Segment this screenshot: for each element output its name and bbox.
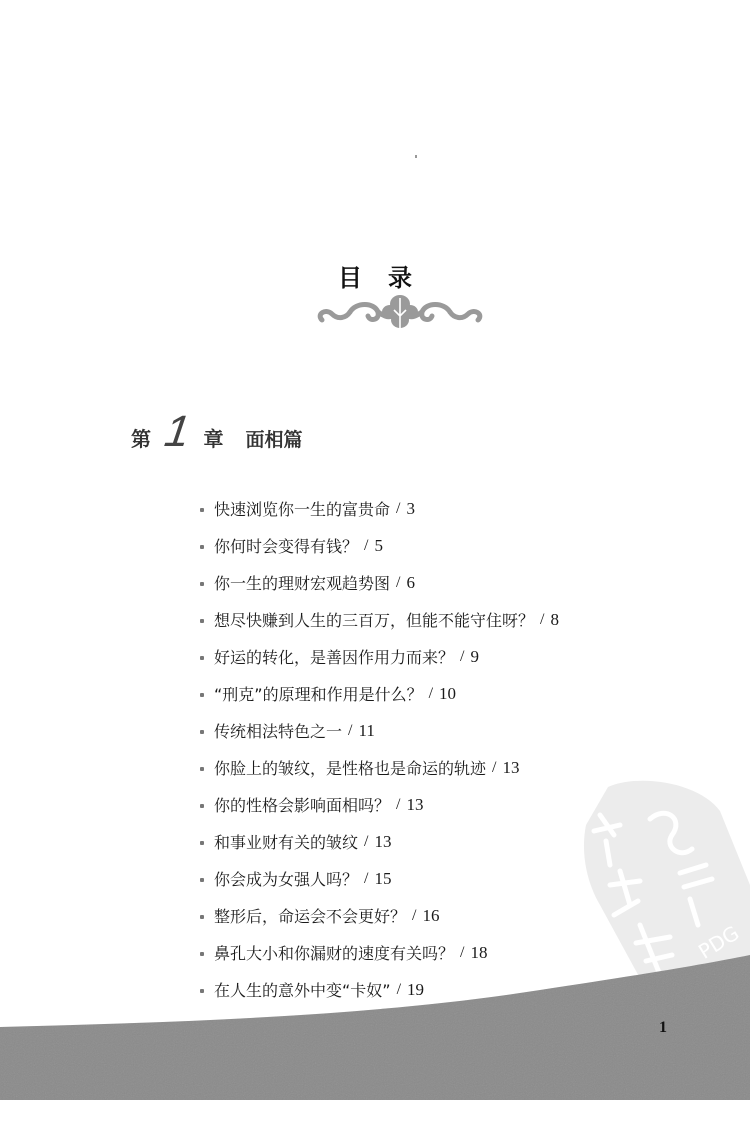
toc-entry[interactable]: 你的性格会影响面相吗？ / 13	[200, 786, 559, 823]
page-number: 1	[659, 1019, 667, 1037]
toc-entry-page: 3	[406, 499, 415, 519]
bullet-icon	[200, 878, 204, 882]
toc-entry[interactable]: 你会成为女强人吗？ / 15	[200, 860, 559, 897]
toc-entry-page: 6	[406, 573, 415, 593]
toc-entry-title: 你脸上的皱纹，是性格也是命运的轨迹	[214, 756, 486, 779]
toc-entry-title: 整形后，命运会不会更好？	[214, 904, 406, 927]
toc-entry[interactable]: 想尽快赚到人生的三百万，但能不能守住呀？ / 8	[200, 601, 559, 638]
toc-entry-title: 和事业财有关的皱纹	[214, 830, 358, 853]
chapter-name: 面相篇	[245, 425, 302, 452]
page-separator: /	[396, 574, 400, 592]
bullet-icon	[200, 693, 204, 697]
toc-entry-title: 你的性格会影响面相吗？	[214, 793, 390, 816]
page-separator: /	[492, 759, 496, 777]
chapter-heading: 第 1 章 面相篇	[131, 408, 303, 452]
toc-entry-title: 快速浏览你一生的富贵命	[214, 497, 390, 520]
toc-entry-title: 你何时会变得有钱？	[214, 534, 358, 557]
bullet-icon	[200, 767, 204, 771]
toc-entry-page: 9	[470, 647, 479, 667]
page-separator: /	[364, 537, 368, 555]
page-separator: /	[460, 648, 464, 666]
gray-footer-band	[0, 940, 750, 1110]
bullet-icon	[200, 545, 204, 549]
bullet-icon	[200, 804, 204, 808]
floral-ornament-icon	[312, 290, 488, 332]
bullet-icon	[200, 841, 204, 845]
toc-entry[interactable]: 好运的转化，是善因作用力而来？ / 9	[200, 638, 559, 675]
toc-entry-title: 传统相法特色之一	[214, 719, 342, 742]
toc-entry-page: 11	[358, 721, 374, 741]
toc-entry-title: “刑克”的原理和作用是什么？	[214, 682, 423, 705]
bullet-icon	[200, 915, 204, 919]
toc-entry-page: 10	[439, 684, 456, 704]
toc-entry[interactable]: 你何时会变得有钱？ / 5	[200, 527, 559, 564]
toc-entry-page: 13	[502, 758, 519, 778]
chapter-prefix: 第	[131, 423, 151, 452]
toc-entry[interactable]: “刑克”的原理和作用是什么？ / 10	[200, 675, 559, 712]
bullet-icon	[200, 730, 204, 734]
bullet-icon	[200, 619, 204, 623]
page-separator: /	[396, 500, 400, 518]
page-separator: /	[540, 611, 544, 629]
toc-entry[interactable]: 你一生的理财宏观趋势图 / 6	[200, 564, 559, 601]
toc-list: 快速浏览你一生的富贵命 / 3 你何时会变得有钱？ / 5 你一生的理财宏观趋势…	[200, 490, 559, 1008]
page-separator: /	[412, 907, 416, 925]
page-separator: /	[364, 833, 368, 851]
page-separator: /	[429, 685, 433, 703]
bullet-icon	[200, 656, 204, 660]
toc-entry-page: 8	[550, 610, 559, 630]
toc-entry-page: 15	[374, 869, 391, 889]
bullet-icon	[200, 582, 204, 586]
toc-entry-page: 16	[422, 906, 439, 926]
book-page: 目录 第 1 章 面相篇 PDG	[0, 0, 750, 1137]
scan-speck	[415, 155, 417, 158]
toc-entry[interactable]: 整形后，命运会不会更好？ / 16	[200, 897, 559, 934]
toc-entry-page: 13	[374, 832, 391, 852]
toc-entry-title: 你一生的理财宏观趋势图	[214, 571, 390, 594]
toc-entry-page: 13	[406, 795, 423, 815]
toc-entry[interactable]: 快速浏览你一生的富贵命 / 3	[200, 490, 559, 527]
toc-entry[interactable]: 传统相法特色之一 / 11	[200, 712, 559, 749]
chapter-number: 1	[162, 412, 192, 452]
toc-entry-page: 5	[374, 536, 383, 556]
toc-entry-title: 好运的转化，是善因作用力而来？	[214, 645, 454, 668]
bullet-icon	[200, 508, 204, 512]
toc-entry-title: 你会成为女强人吗？	[214, 867, 358, 890]
page-separator: /	[364, 870, 368, 888]
page-separator: /	[396, 796, 400, 814]
toc-entry[interactable]: 和事业财有关的皱纹 / 13	[200, 823, 559, 860]
toc-entry[interactable]: 你脸上的皱纹，是性格也是命运的轨迹 / 13	[200, 749, 559, 786]
chapter-suffix: 章	[203, 423, 223, 452]
toc-entry-title: 想尽快赚到人生的三百万，但能不能守住呀？	[214, 608, 534, 631]
page-separator: /	[348, 722, 352, 740]
toc-title: 目录	[0, 258, 750, 293]
